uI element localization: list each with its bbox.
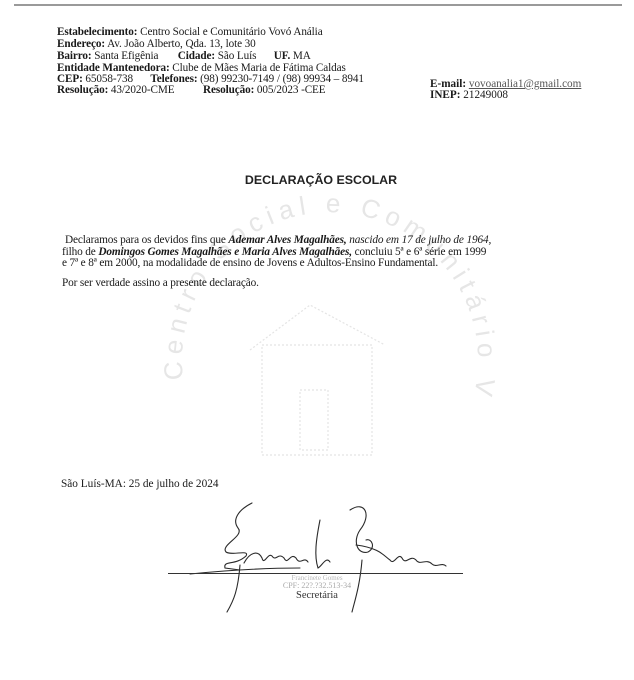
signer-cpf: CPF: 22?.?32.513-34 (262, 581, 372, 590)
signer-role: Secretária (262, 590, 372, 601)
